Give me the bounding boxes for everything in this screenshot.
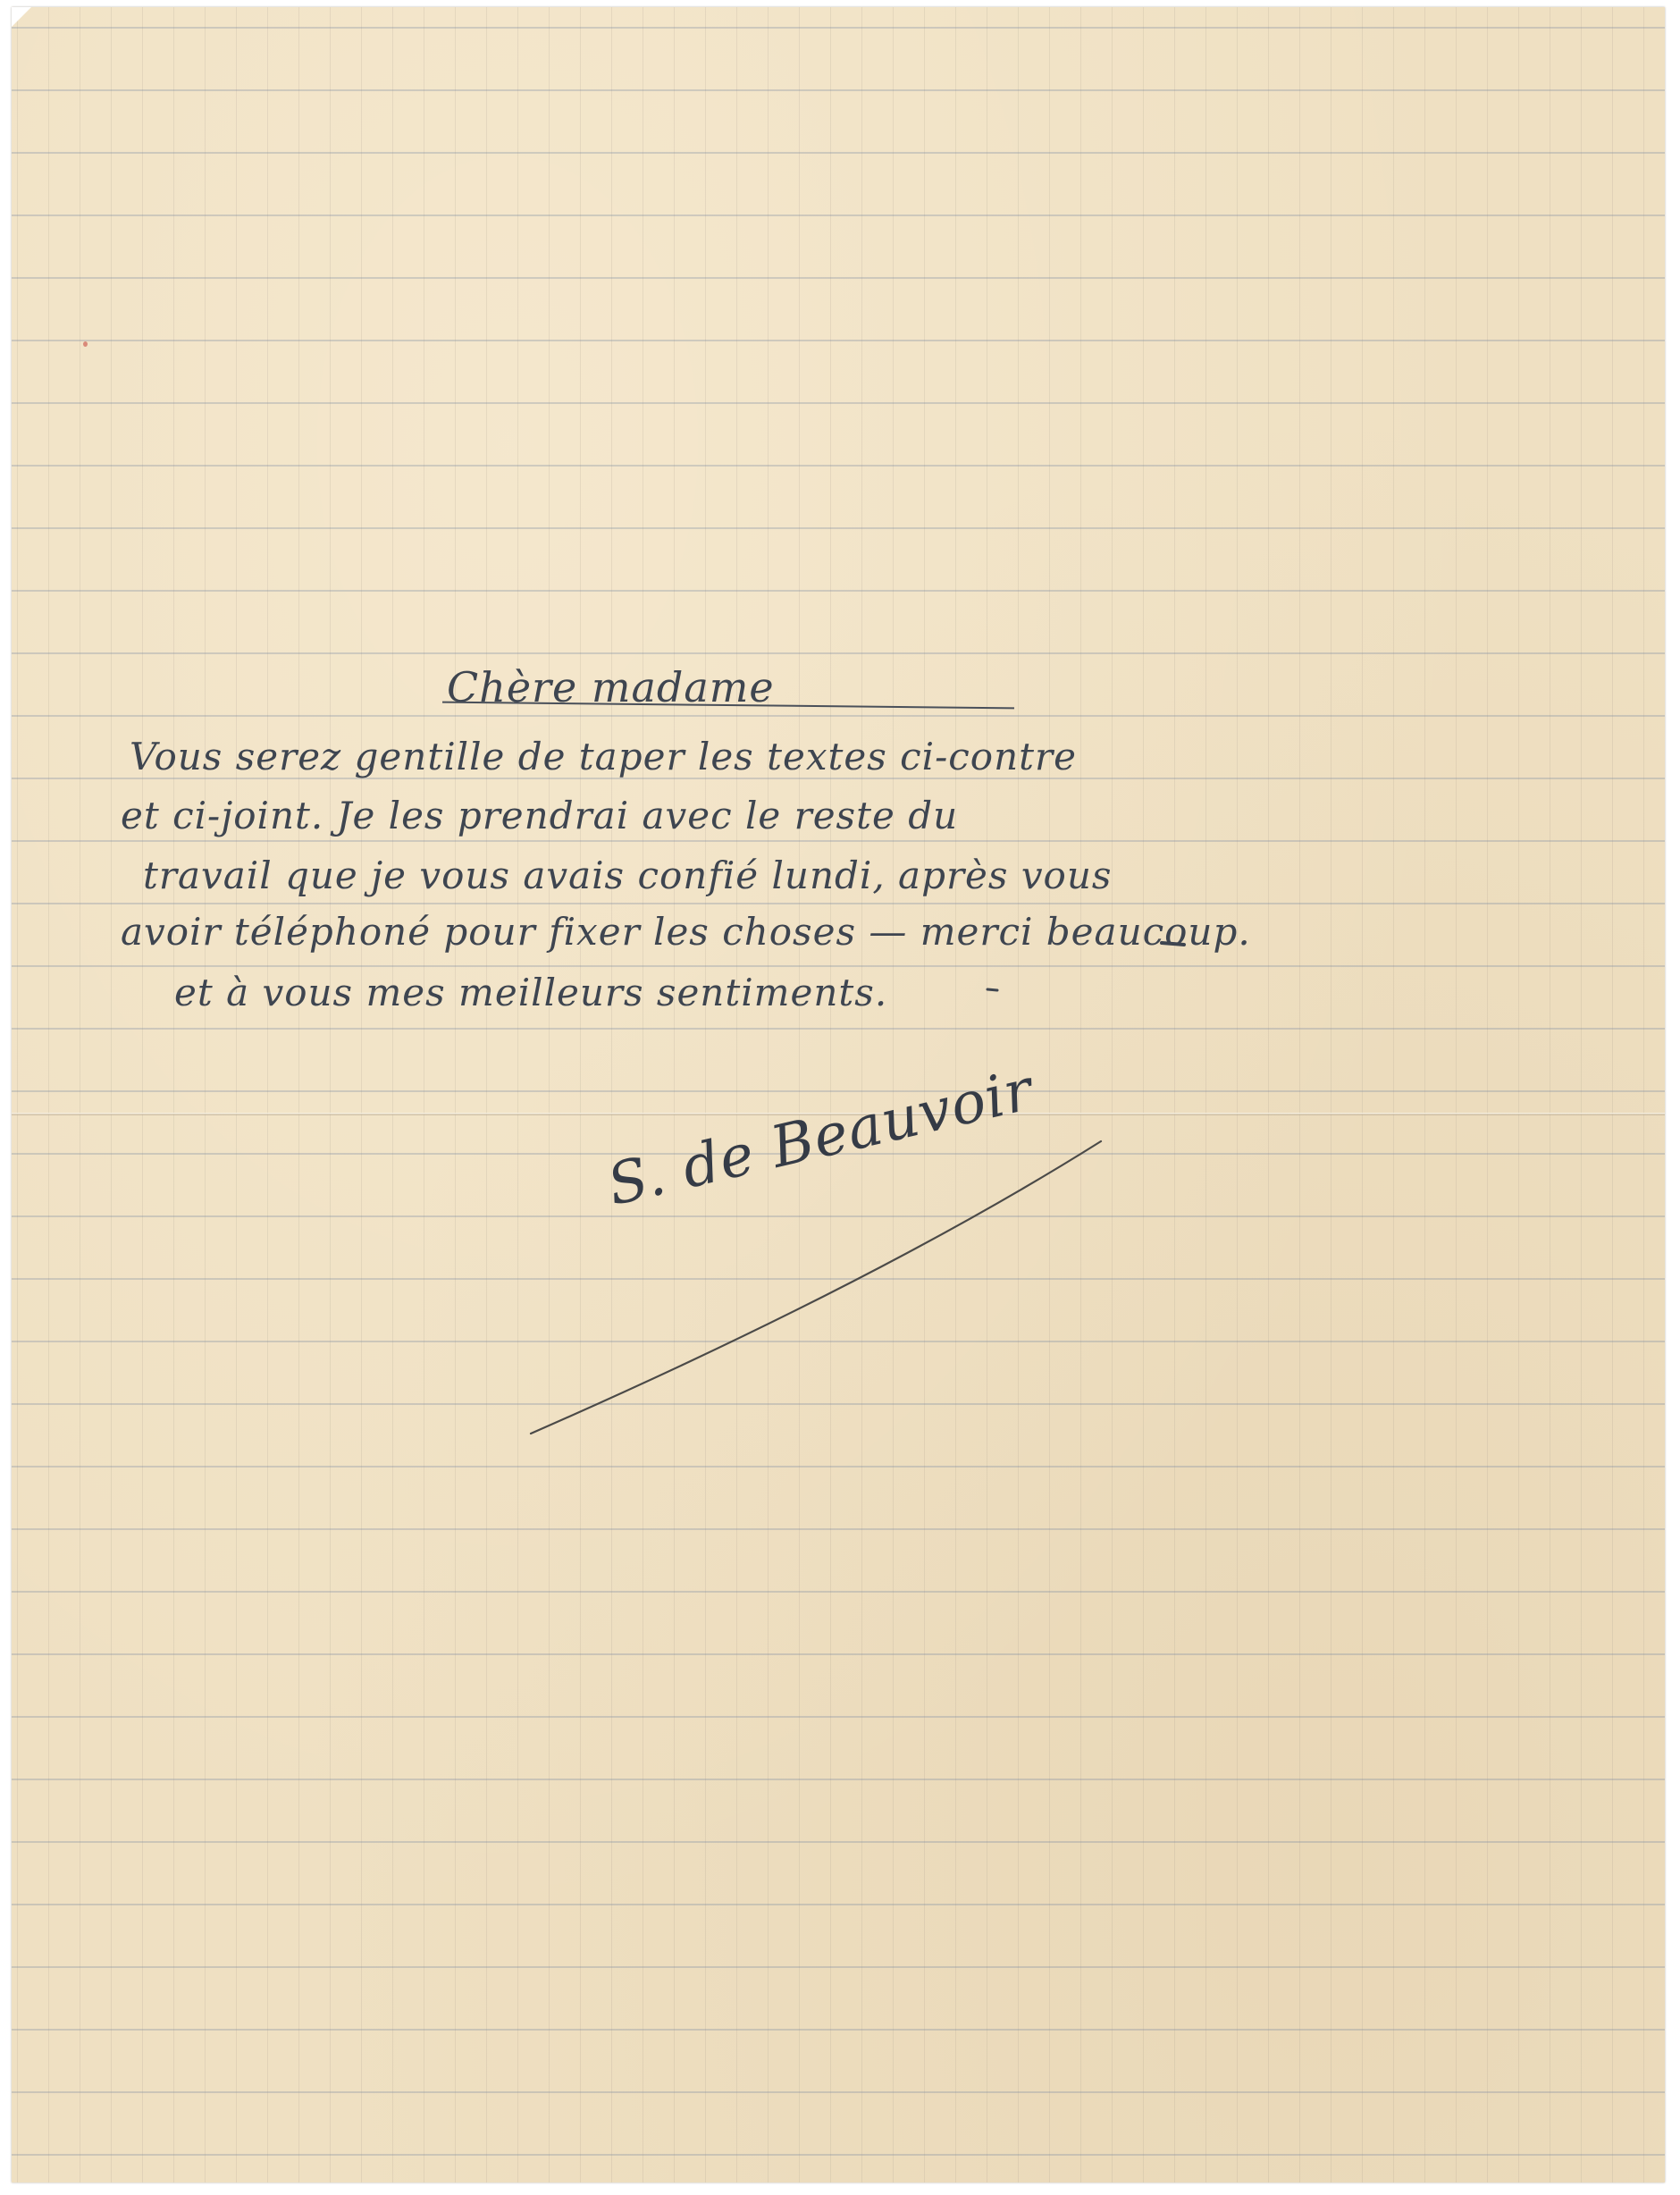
letter-line-2: et ci-joint. Je les prendrai avec le res… xyxy=(121,794,958,837)
letter-line-5: et à vous mes meilleurs sentiments. xyxy=(174,971,887,1014)
letter-sheet xyxy=(12,7,1665,2182)
dog-eared-corner xyxy=(12,7,31,27)
ink-speck xyxy=(83,341,88,347)
letter-line-3: travail que je vous avais confié lundi, … xyxy=(143,854,1112,897)
letter-line-4: avoir téléphoné pour fixer les choses — … xyxy=(121,910,1251,954)
letter-line-1: Vous serez gentille de taper les textes … xyxy=(130,735,1077,778)
